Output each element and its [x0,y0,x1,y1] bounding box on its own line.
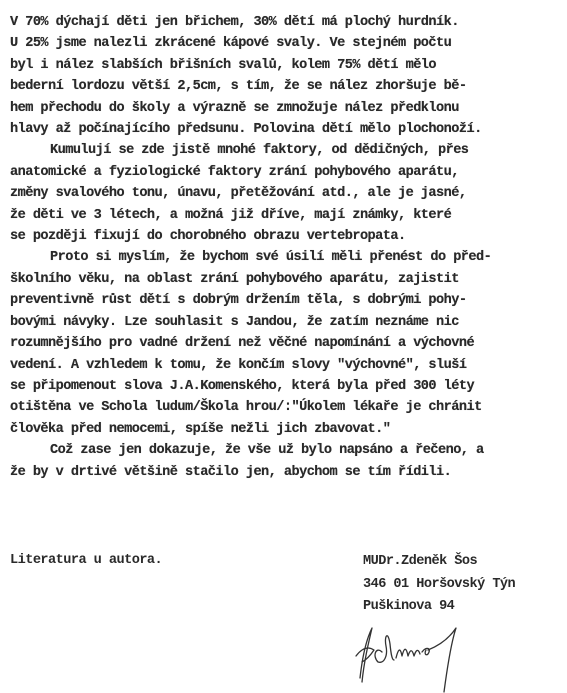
text-line: anatomické a fyziologické faktory zrání … [10,162,566,183]
text-line: vedení. A vzhledem k tomu, že končím slo… [10,355,566,376]
text-line: otištěna ve Schola ludum/Škola hrou/:"Úk… [10,397,566,418]
text-line: změny svalového tonu, únavu, přetěžování… [10,183,566,204]
text-line: V 70% dýchají děti jen břichem, 30% dětí… [10,12,566,33]
text-line: Kumulují se zde jistě mnohé faktory, od … [10,140,566,161]
text-line: Což zase jen dokazuje, že vše už bylo na… [10,440,566,461]
text-line: hlavy až počínajícího předsunu. Polovina… [10,119,566,140]
text-line: byl i nález slabších břišních svalů, kol… [10,55,566,76]
text-line: se připomenout slova J.A.Komenského, kte… [10,376,566,397]
text-line: U 25% jsme nalezli zkrácené kápové svaly… [10,33,566,54]
text-line: bovými návyky. Lze souhlasit s Jandou, ž… [10,312,566,333]
text-line: že děti ve 3 létech, a možná již dříve, … [10,205,566,226]
author-name: MUDr.Zdeněk Šos [363,551,515,574]
text-line: hem přechodu do školy a výrazně se zmnož… [10,98,566,119]
text-line: se později fixují do chorobného obrazu v… [10,226,566,247]
author-postal-city: 346 01 Horšovský Týn [363,574,515,597]
text-line: rozumnějšího pro vadné držení než věčné … [10,333,566,354]
text-line: člověka před nemocemi, spíše nežli jich … [10,419,566,440]
text-line: Proto si myslím, že bychom své úsilí měl… [10,247,566,268]
literature-note: Literatura u autora. [10,553,162,568]
text-line: že by v drtivé většině stačilo jen, abyc… [10,462,566,483]
handwritten-signature-icon [348,600,478,693]
body-text: V 70% dýchají děti jen břichem, 30% dětí… [10,12,566,483]
typewritten-page: V 70% dýchají děti jen břichem, 30% dětí… [0,0,567,693]
text-line: bederní lordozu větší 2,5cm, s tím, že s… [10,76,566,97]
text-line: školního věku, na oblast zrání pohybovéh… [10,269,566,290]
text-line: preventivně růst dětí s dobrým držením t… [10,290,566,311]
